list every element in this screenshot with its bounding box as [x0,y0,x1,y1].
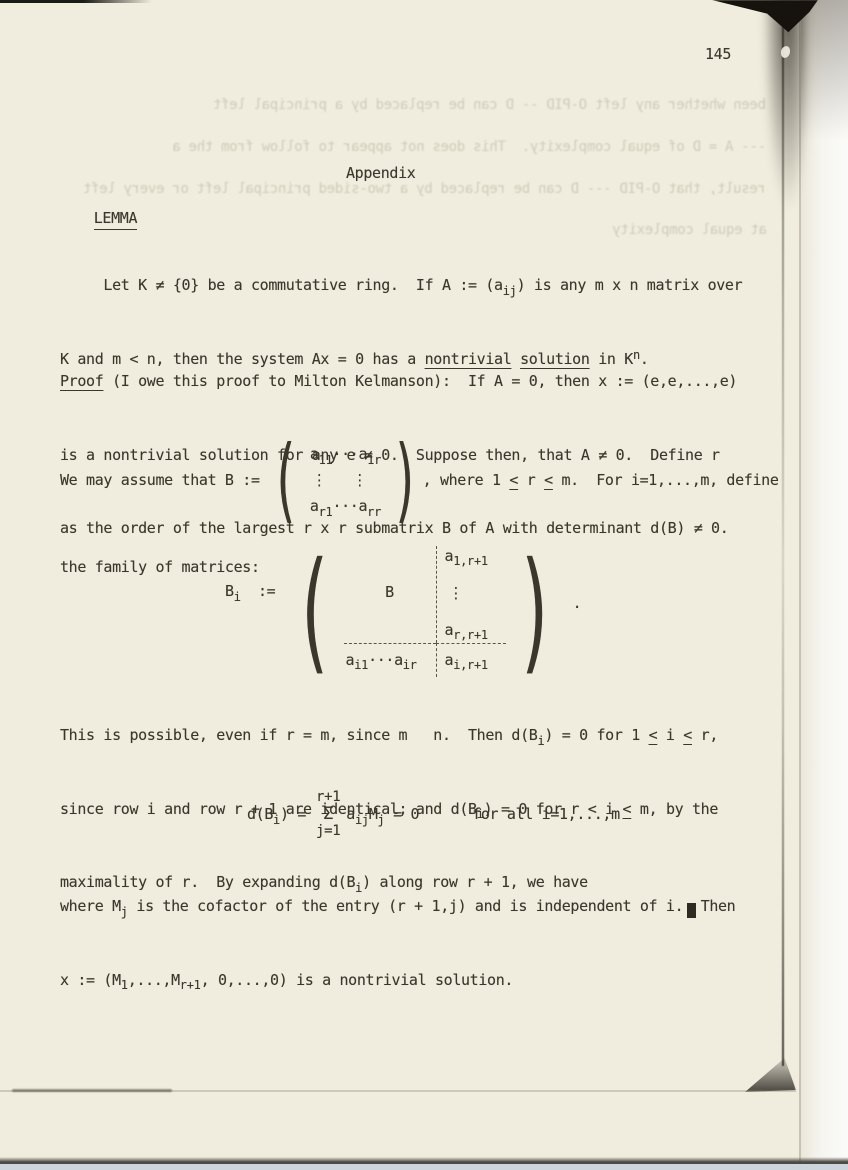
appendix-heading: Appendix [346,164,415,182]
vertical-dots: ⋮ [445,584,464,602]
assume-suffix: , where 1 < r < m. For i=1,...,m, define [423,471,779,489]
spine-shadow-top [742,0,806,300]
equation-lhs: d(Bi) = [247,805,306,823]
page-number: 145 [705,45,731,63]
display-period: . [573,594,582,612]
matrix-b: a11···a1r ⋮⋮ ar1···arr [306,441,385,519]
matrix-b-row-dots: ⋮⋮ [310,467,381,493]
page-bottom-edge [0,1157,848,1164]
matrix-bi: B a1,r+1 ⋮ ar,r+1 ai1···air ai,r+1 [344,546,506,677]
vertical-dots: ⋮ [352,467,367,493]
bi-right-column: a1,r+1 ⋮ ar,r+1 [436,546,506,643]
bleed-through-line: been whether any left O-PID -- D can be … [78,97,766,113]
scan-bottom-strip [0,1164,848,1170]
bi-bottom-right: ai,r+1 [436,643,506,677]
bi-col-bottom: ar,r+1 [445,621,488,639]
matrix-b-row-1: a11···a1r [310,441,381,467]
lemma-heading-label: LEMMA [94,209,137,230]
scan-background-shade [801,0,848,140]
equation-quantifier: for all i=1,...,m [472,805,620,823]
vertical-dots: ⋮ [312,467,327,493]
assume-prefix: We may assume that B := [60,471,268,489]
matrix-b-row-3: ar1···arr [310,493,381,519]
sum-equation: d(Bi) = r+1 Σ j=1 aijMj = 0 for all i=1,… [247,788,620,840]
bleed-through-line: --- A = D of equal complexity. This does… [66,139,766,155]
bi-col-top: a1,r+1 [445,547,488,565]
bi-bottom-left: ai1···air [344,643,436,677]
bi-block-b: B [344,546,436,638]
scan-top-edge-line [0,0,152,3]
lemma-line-1: Let K ≠ {0} be a commutative ring. If A … [60,267,742,305]
matrix-bi-display: Bi := ( B a1,r+1 ⋮ ar,r+1 ai1···air ai,r… [225,548,581,674]
proof-line-1: Proof (I owe this proof to Milton Kelman… [60,363,737,401]
cofactor-line-2: x := (M1,...,Mr+1, 0,...,0) is a nontriv… [60,962,735,1000]
qed-box [687,903,696,918]
spine-shadow-foot [744,1058,796,1092]
spine-shadow-line [782,22,784,1066]
bi-label: Bi := [225,582,275,600]
summation-symbol: r+1 Σ j=1 [316,789,340,839]
cofactor-line-1: where Mj is the cofactor of the entry (r… [60,888,735,926]
equation-body: aijMj = 0 [346,805,419,823]
scan-background-strip [801,0,848,1170]
sum-lower-limit: j=1 [316,823,340,840]
possible-line-1: This is possible, even if r = m, since m… [60,717,718,755]
bleed-through-line: result, that O-PID --- D can be replaced… [78,181,766,197]
sigma-glyph: Σ [323,806,333,823]
scanned-page: been whether any left O-PID -- D can be … [0,0,848,1170]
cofactor-paragraph: where Mj is the cofactor of the entry (r… [60,852,735,1035]
bottom-crease-dash [12,1089,172,1092]
